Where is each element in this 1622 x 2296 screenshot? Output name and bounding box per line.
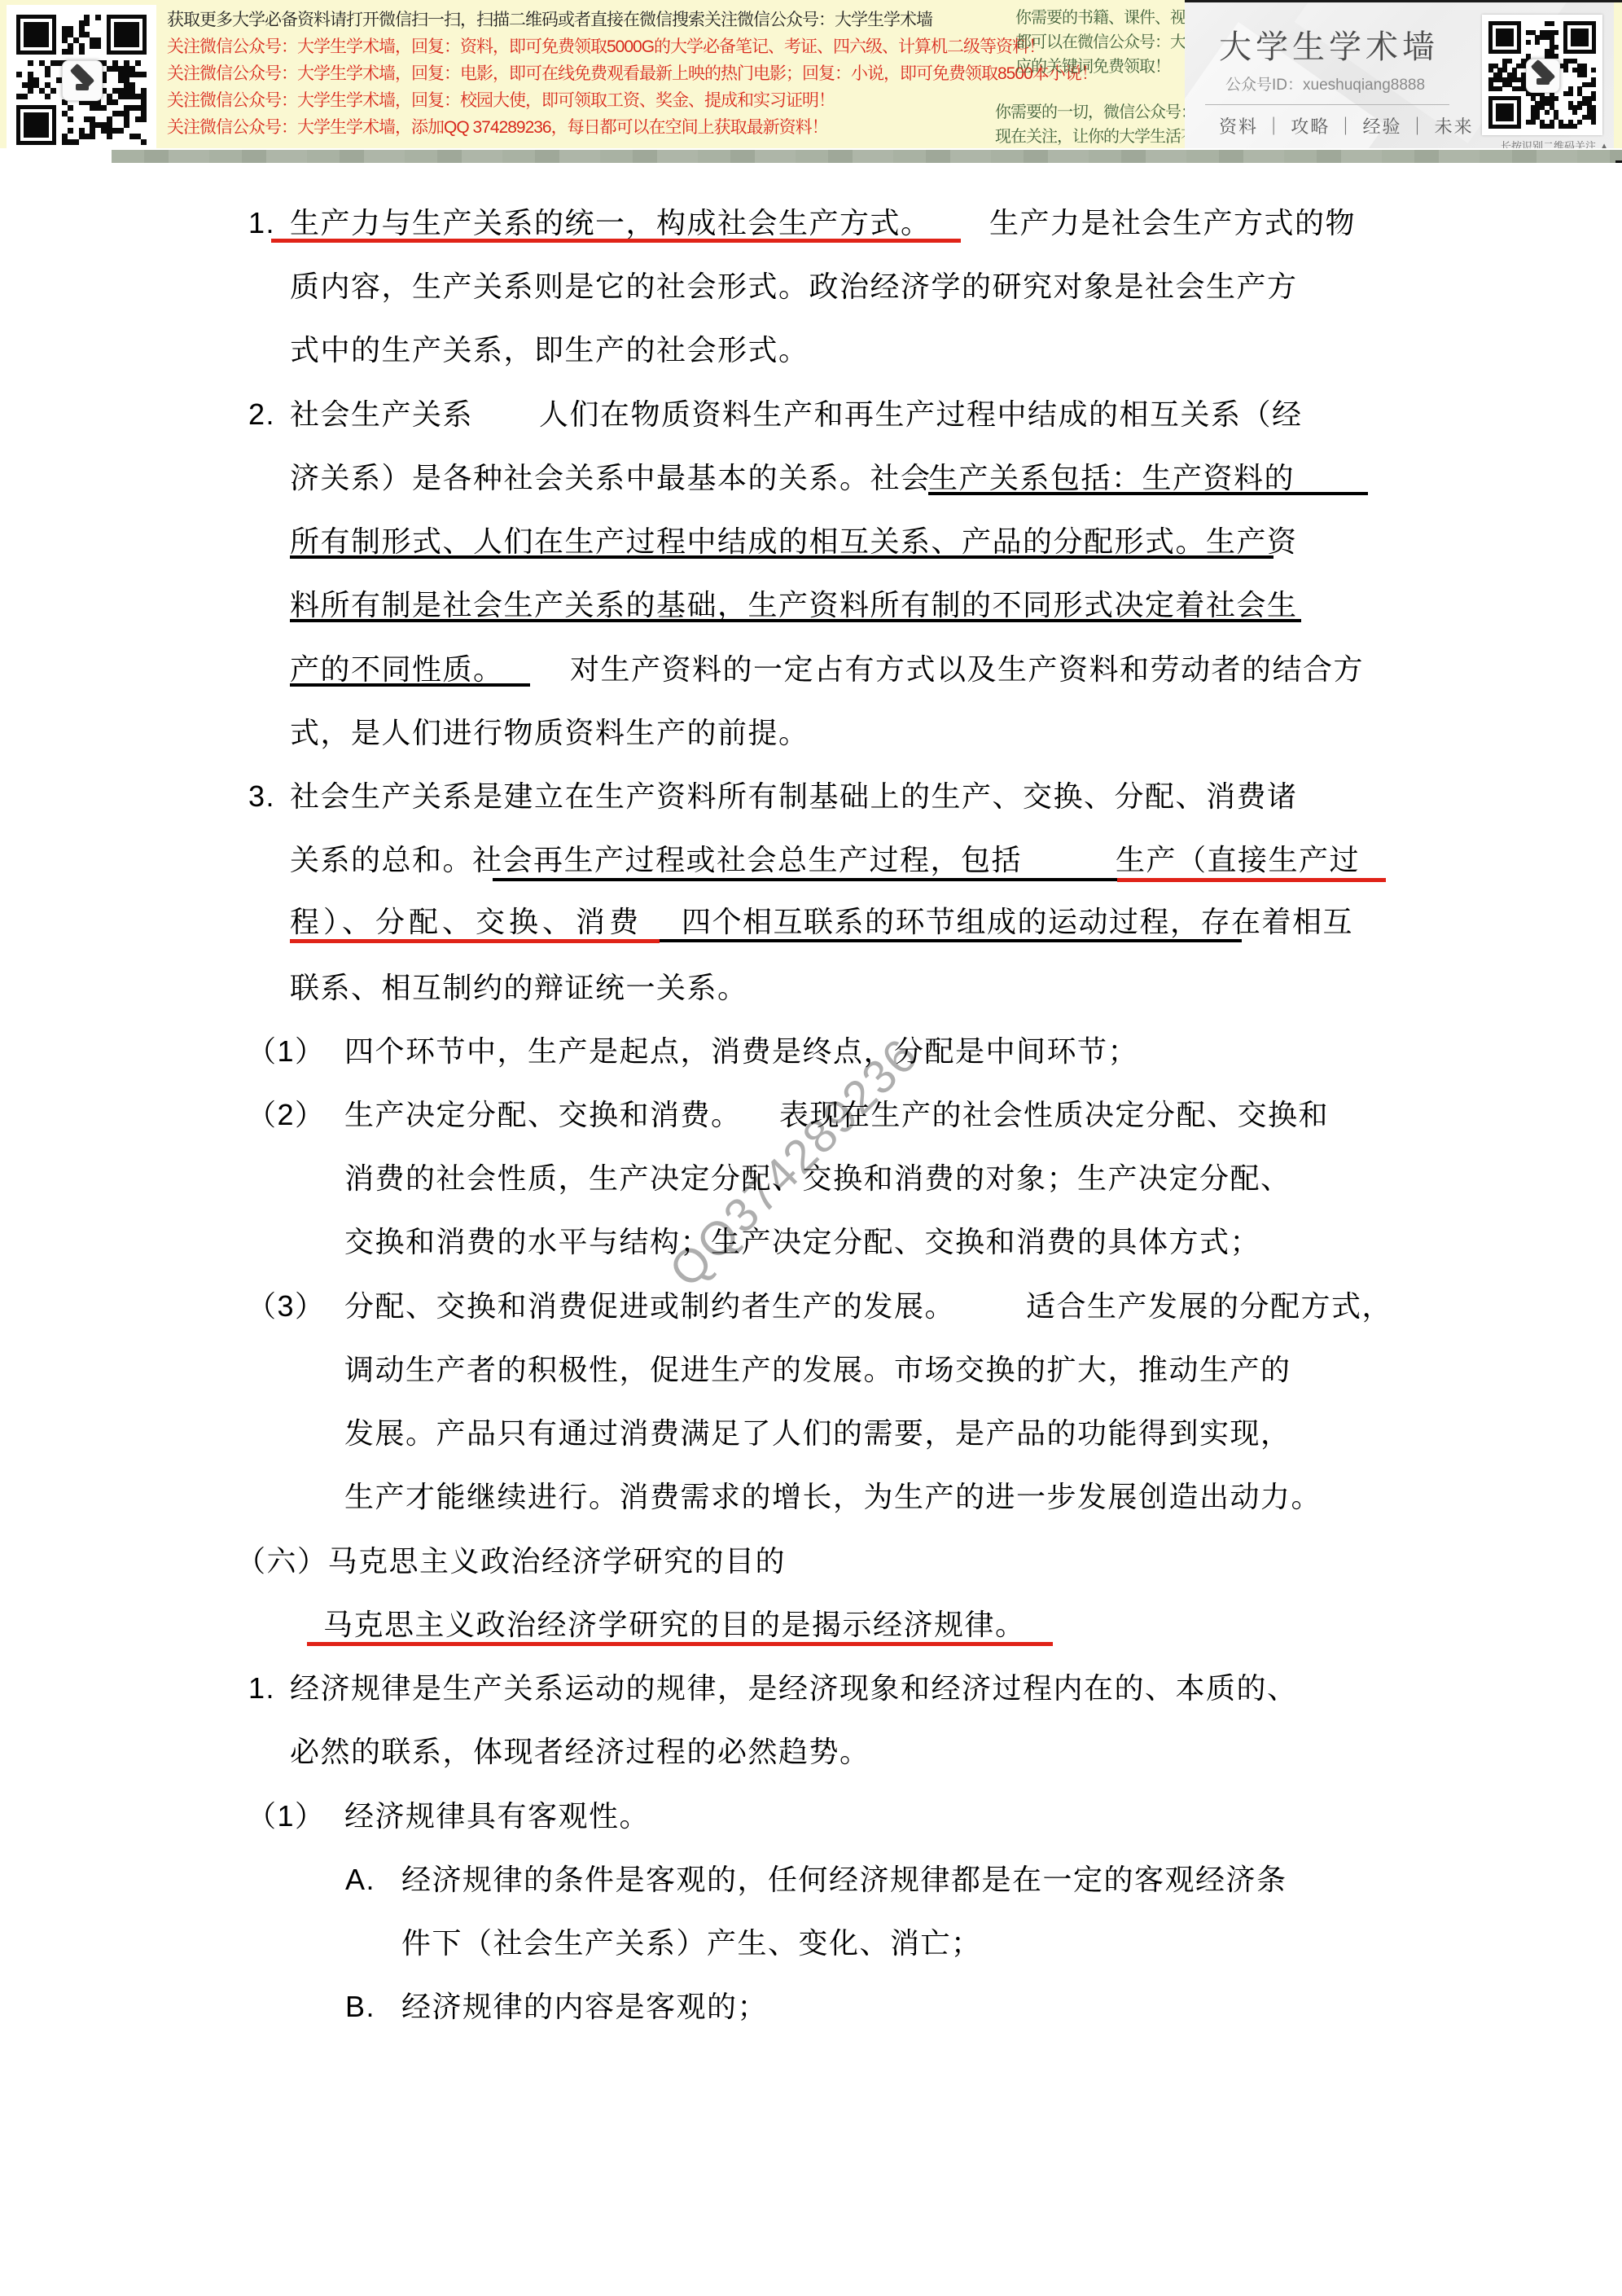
card-qr-code-icon [1482, 15, 1602, 135]
account-card: 大学生学术墙 公众号ID：xueshuqiang8888 资料 ｜ 攻略 ｜ 经… [1185, 2, 1614, 148]
document-text-segment: 四个环节中，生产是起点，消费是终点，分配是中间环节； [344, 1034, 1138, 1068]
document-text-segment: 发展。产品只有通过消费满足了人们的需要，是产品的功能得到实现， [344, 1416, 1291, 1450]
document-text-segment: 经济规律是生产关系运动的规律，是经济现象和经济过程内在的、本质的、 [290, 1671, 1298, 1705]
document-text-segment: 质内容，生产关系则是它的社会形式。政治经济学的研究对象是社会生产方 [290, 270, 1298, 303]
green-note-line: 应的关键词免费领取！ [1015, 59, 1170, 75]
document-text-segment: 所有制形式、人们在生产过程中结成的相互关系、产品的分配形式。生产资 [290, 525, 1298, 558]
document-text-segment: 济关系）是各种社会关系中最基本的关系。社会 [290, 461, 932, 494]
document-text-segment: 经济规律的内容是客观的； [401, 1990, 768, 2023]
qr-finder [16, 105, 56, 145]
document-text-segment: 关系的总和。 [290, 843, 473, 876]
document-text-segment: （1） [247, 1799, 326, 1833]
document-text-segment: 生产力与生产关系的统一，构成社会生产方式。 [290, 206, 932, 239]
banner-line: 关注微信公众号：大学生学术墙，回复：电影，即可在线免费观看最新上映的热门电影；回… [167, 65, 1098, 82]
card-qr-caption: 长按识别二维码关注 ▲ [1501, 138, 1609, 148]
qr-modules [16, 15, 147, 145]
document-text-segment: 对生产资料的一定占有方式以及生产资料和劳动者的结合方 [570, 652, 1364, 686]
card-account-id: 公众号ID：xueshuqiang8888 [1225, 72, 1425, 94]
document-text-segment: （2） [247, 1098, 326, 1131]
document-text-segment: 生产（直接生产过 [1116, 843, 1360, 876]
document-text-segment: 社会生产关系 [290, 397, 473, 431]
document-text-segment: 表现在生产的社会性质决定分配、交换和 [779, 1098, 1329, 1131]
document-text-segment: A. [345, 1863, 375, 1896]
document-text-segment: 经济规律的条件是客观的，任何经济规律都是在一定的客观经济条 [401, 1863, 1287, 1896]
qr-finder [1488, 96, 1521, 129]
document-text-segment: 人们在物质资料生产和再生产过程中结成的相互关系（经 [539, 397, 1303, 431]
card-tags: 资料 ｜ 攻略 ｜ 经验 ｜ 未来 [1219, 113, 1474, 138]
document-text-segment: 料所有制是社会生产关系的基础，生产资料所有制的不同形式决定着社会生 [290, 588, 1298, 621]
document-text-segment: 适合生产发展的分配方式， [1026, 1289, 1392, 1323]
qr-finder [16, 15, 56, 55]
document-text-segment: 马克思主义政治经济学研究的目的是揭示经济规律。 [323, 1608, 1026, 1641]
scan-edge-line [1185, 0, 1622, 2]
qr-finder [1563, 21, 1596, 54]
underline-rule [928, 492, 1368, 495]
scan-texture-strip [112, 150, 1622, 163]
qr-modules [1488, 21, 1596, 129]
document-text-segment: 生产决定分配、交换和消费。 [344, 1098, 742, 1131]
card-divider [1205, 104, 1449, 105]
document-text-segment: 生产力是社会生产方式的物 [989, 206, 1356, 239]
document-text-segment: 生产关系包括：生产资料的 [928, 461, 1295, 494]
document-text-segment: 程）、分配、交换、消费 [290, 905, 642, 938]
document-text-segment: （1） [247, 1034, 326, 1068]
graduation-cap-icon [1526, 59, 1560, 93]
banner-line: 关注微信公众号：大学生学术墙，添加QQ 374289236，每日都可以在空间上获… [167, 119, 828, 136]
document-text-segment: 必然的联系，体现者经济过程的必然趋势。 [290, 1735, 870, 1768]
qr-finder [107, 15, 147, 55]
document-text-segment: 社会再生产过程或社会总生产过程，包括 [472, 843, 1022, 876]
document-text-segment: 四个相互联系的环节组成的运动过程，存在着相互 [682, 905, 1353, 938]
promo-banner: 获取更多大学必备资料请打开微信扫一扫，扫描二维码或者直接在微信搜索关注微信公众号… [0, 0, 1622, 148]
banner-line: 获取更多大学必备资料请打开微信扫一扫，扫描二维码或者直接在微信搜索关注微信公众号… [167, 11, 932, 29]
document-text-segment: 生产才能继续进行。消费需求的增长，为生产的进一步发展创造出动力。 [344, 1480, 1322, 1513]
wechat-qr-code-icon [7, 5, 156, 148]
banner-line: 关注微信公众号：大学生学术墙，回复：校园大使，即可领取工资、奖金、提成和实习证明… [167, 92, 835, 109]
document-text-segment: B. [345, 1990, 375, 2023]
document-text-segment: 件下（社会生产关系）产生、变化、消亡； [401, 1926, 982, 1960]
underline-rule [271, 239, 961, 243]
underline-rule [493, 878, 1117, 881]
document-text-segment: 调动生产者的积极性，促进生产的发展。市场交换的扩大，推动生产的 [344, 1353, 1291, 1386]
document-text-segment: 经济规律具有客观性。 [344, 1799, 650, 1833]
document-text-segment: 消费的社会性质，生产决定分配、交换和消费的对象；生产决定分配、 [344, 1161, 1291, 1195]
document-text-segment: 产的不同性质。 [290, 652, 504, 686]
underline-rule [307, 1642, 1053, 1646]
underline-rule [290, 555, 1273, 559]
document-text-segment: 式中的生产关系，即生产的社会形式。 [290, 333, 809, 367]
card-title: 大学生学术墙 [1219, 21, 1439, 68]
document-text-segment: （3） [247, 1289, 326, 1323]
document-text-segment: 2. [248, 397, 275, 431]
page: 获取更多大学必备资料请打开微信扫一扫，扫描二维码或者直接在微信搜索关注微信公众号… [0, 0, 1622, 2296]
document-text-segment: 交换和消费的水平与结构；生产决定分配、交换和消费的具体方式； [344, 1225, 1260, 1258]
underline-rule [290, 939, 660, 943]
underline-rule [1117, 878, 1386, 882]
document-text-segment: 分配、交换和消费促进或制约者生产的发展。 [344, 1289, 955, 1323]
underline-rule [660, 939, 1242, 942]
document-text-segment: 联系、相互制约的辩证统一关系。 [290, 971, 748, 1004]
document-text-segment: 式，是人们进行物质资料生产的前提。 [290, 716, 809, 749]
document-text-segment: （六）马克思主义政治经济学研究的目的 [236, 1544, 786, 1578]
document-page: QQ374289236 1.生产力与生产关系的统一，构成社会生产方式。生产力是社… [0, 163, 1622, 2296]
graduation-cap-icon [62, 60, 103, 101]
underline-rule [290, 619, 1301, 622]
qr-finder [1488, 21, 1521, 54]
document-text-segment: 1. [248, 206, 275, 239]
document-text-segment: 1. [248, 1671, 275, 1705]
banner-line: 关注微信公众号：大学生学术墙，回复：资料，即可免费领取5000G的大学必备笔记、… [167, 38, 1045, 55]
document-text-segment: 3. [248, 779, 275, 813]
document-text-segment: 社会生产关系是建立在生产资料所有制基础上的生产、交换、分配、消费诸 [290, 779, 1298, 813]
underline-rule [290, 683, 530, 687]
